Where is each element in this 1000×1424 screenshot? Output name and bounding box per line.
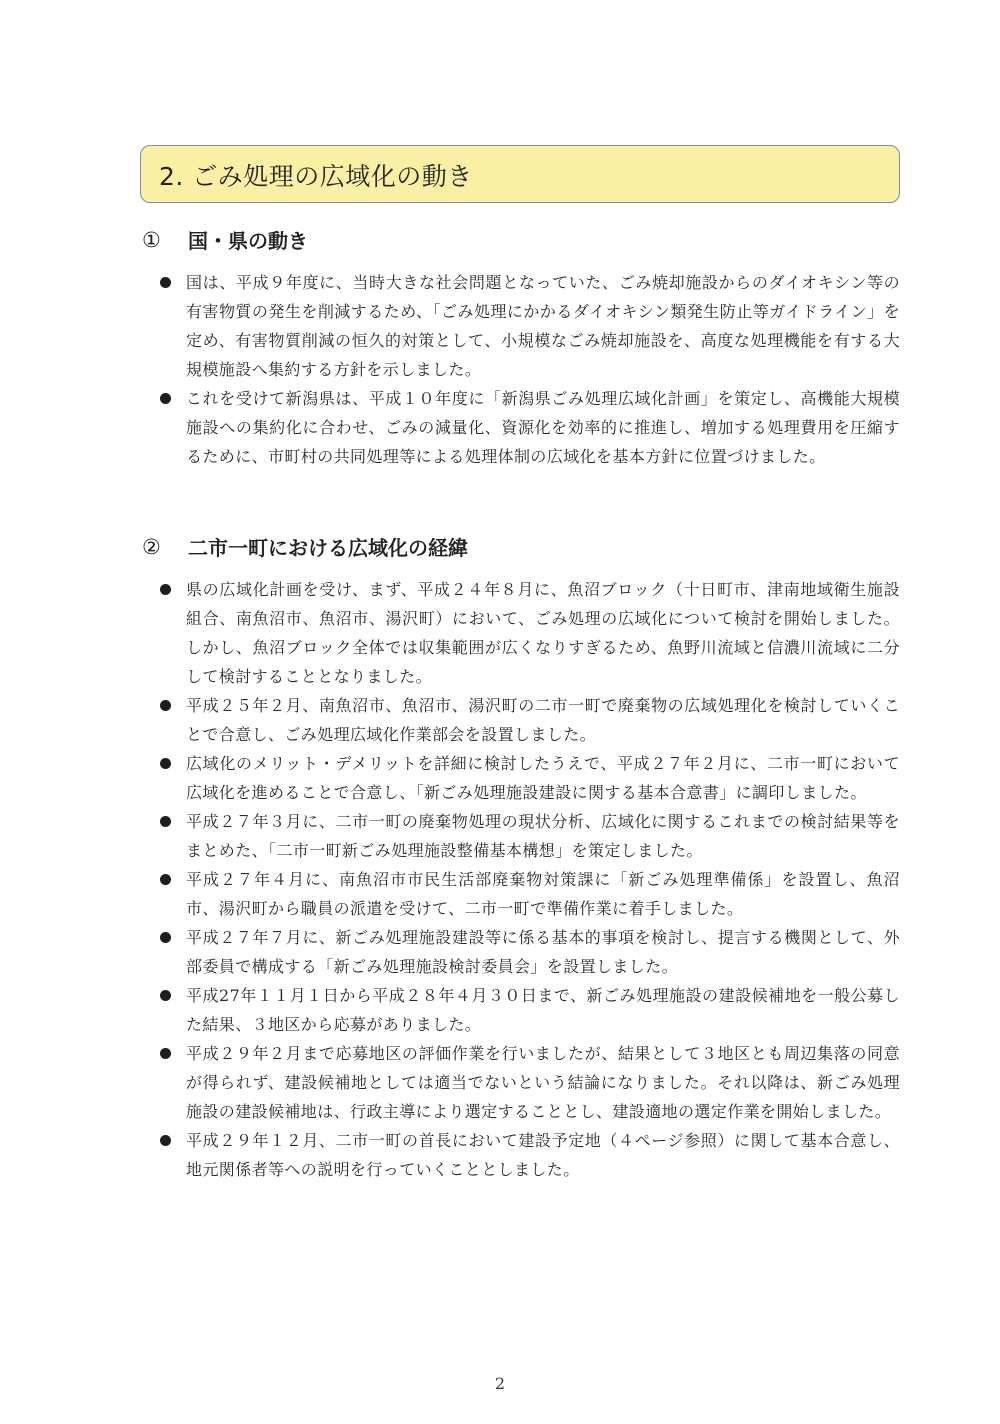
bullet-text: 平成２７年３月に、二市一町の廃棄物処理の現状分析、広域化に関するこれまでの検討結… xyxy=(186,812,900,860)
bullet-text: 平成２９年２月まで応募地区の評価作業を行いましたが、結果として３地区とも周辺集落… xyxy=(186,1044,900,1121)
section-title-box: 2. ごみ処理の広域化の動き xyxy=(140,145,900,203)
bullet-list-national-prefectural: 国は、平成９年度に、当時大きな社会問題となっていた、ごみ焼却施設からのダイオキシ… xyxy=(160,268,900,471)
bullet-text: 平成２７年４月に、南魚沼市市民生活部廃棄物対策課に「新ごみ処理準備係」を設置し、… xyxy=(186,870,900,918)
bullet-text: 平成27年１１月１日から平成２８年４月３０日まで、新ごみ処理施設の建設候補地を一… xyxy=(186,986,900,1034)
list-item: 平成２７年３月に、二市一町の廃棄物処理の現状分析、広域化に関するこれまでの検討結… xyxy=(160,807,900,865)
subsection-number: ① xyxy=(142,228,188,252)
bullet-text: 平成２９年１２月、二市一町の首長において建設予定地（４ページ参照）に関して基本合… xyxy=(186,1131,900,1179)
bullet-icon xyxy=(160,758,171,769)
list-item: 平成２７年７月に、新ごみ処理施設建設等に係る基本的事項を検討し、提言する機関とし… xyxy=(160,923,900,981)
list-item: 県の広域化計画を受け、まず、平成２４年８月に、魚沼ブロック（十日町市、津南地域衛… xyxy=(160,575,900,691)
bullet-text: これを受けて新潟県は、平成１０年度に「新潟県ごみ処理広域化計画」を策定し、高機能… xyxy=(186,389,900,466)
bullet-text: 平成２７年７月に、新ごみ処理施設建設等に係る基本的事項を検討し、提言する機関とし… xyxy=(186,928,900,976)
list-item: 平成２７年４月に、南魚沼市市民生活部廃棄物対策課に「新ごみ処理準備係」を設置し、… xyxy=(160,865,900,923)
bullet-icon xyxy=(160,1048,171,1059)
bullet-text: 国は、平成９年度に、当時大きな社会問題となっていた、ごみ焼却施設からのダイオキシ… xyxy=(186,273,900,379)
subsection-heading-national-prefectural: ① 国・県の動き xyxy=(142,225,308,254)
list-item: 国は、平成９年度に、当時大きな社会問題となっていた、ごみ焼却施設からのダイオキシ… xyxy=(160,268,900,384)
section-title: 2. ごみ処理の広域化の動き xyxy=(159,157,473,193)
subsection-number: ② xyxy=(142,535,188,559)
bullet-icon xyxy=(160,874,171,885)
bullet-icon xyxy=(160,1135,171,1146)
bullet-list-two-cities-one-town: 県の広域化計画を受け、まず、平成２４年８月に、魚沼ブロック（十日町市、津南地域衛… xyxy=(160,575,900,1184)
bullet-text: 平成２５年２月、南魚沼市、魚沼市、湯沢町の二市一町で廃棄物の広域処理化を検討して… xyxy=(186,696,900,744)
subsection-title: 二市一町における広域化の経緯 xyxy=(188,532,468,561)
bullet-icon xyxy=(160,277,171,288)
subsection-heading-two-cities-one-town: ② 二市一町における広域化の経緯 xyxy=(142,532,468,561)
list-item: 平成２９年１２月、二市一町の首長において建設予定地（４ページ参照）に関して基本合… xyxy=(160,1126,900,1184)
list-item: 平成２９年２月まで応募地区の評価作業を行いましたが、結果として３地区とも周辺集落… xyxy=(160,1039,900,1126)
bullet-icon xyxy=(160,816,171,827)
list-item: 広域化のメリット・デメリットを詳細に検討したうえで、平成２７年２月に、二市一町に… xyxy=(160,749,900,807)
bullet-icon xyxy=(160,932,171,943)
list-item: これを受けて新潟県は、平成１０年度に「新潟県ごみ処理広域化計画」を策定し、高機能… xyxy=(160,384,900,471)
bullet-icon xyxy=(160,990,171,1001)
list-item: 平成２５年２月、南魚沼市、魚沼市、湯沢町の二市一町で廃棄物の広域処理化を検討して… xyxy=(160,691,900,749)
bullet-icon xyxy=(160,700,171,711)
bullet-text: 県の広域化計画を受け、まず、平成２４年８月に、魚沼ブロック（十日町市、津南地域衛… xyxy=(186,580,900,686)
bullet-text: 広域化のメリット・デメリットを詳細に検討したうえで、平成２７年２月に、二市一町に… xyxy=(186,754,900,802)
list-item: 平成27年１１月１日から平成２８年４月３０日まで、新ごみ処理施設の建設候補地を一… xyxy=(160,981,900,1039)
bullet-icon xyxy=(160,584,171,595)
bullet-icon xyxy=(160,393,171,404)
subsection-title: 国・県の動き xyxy=(188,225,308,254)
page-number: 2 xyxy=(0,1374,1000,1393)
